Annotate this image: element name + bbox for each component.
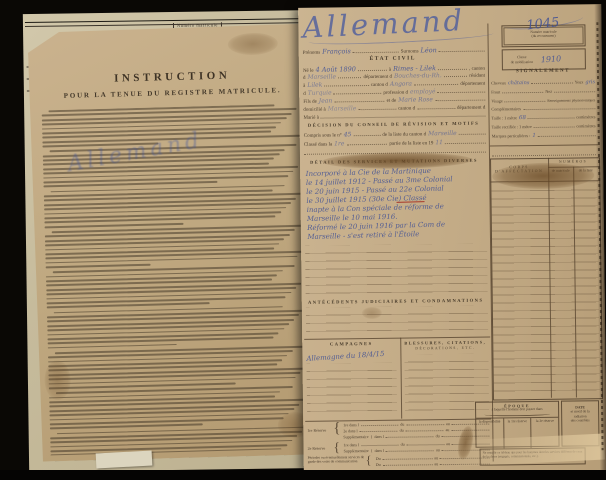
field-label: 1re dans l [343,422,359,427]
field-label: Nez [545,89,552,94]
dotted-fill [386,447,434,451]
radiation-label: des contrôles [562,419,598,424]
field-label: d [303,76,306,81]
dotted-fill [360,428,398,432]
dotted-fill [353,131,380,136]
field-label: Marié à [303,115,318,120]
field-label: Supplémentaire [343,434,368,439]
gvc-label: Périodes ou éventuellement services de g… [308,455,366,465]
classe-value: 1910 [541,54,562,64]
field-value: Marseille [328,105,357,112]
field-label: 2e dans l [343,428,357,433]
field-label: Yeux [575,79,584,84]
dotted-fill [538,132,596,137]
signalement-row: Cheveux châtains Yeux gris [491,79,595,86]
field-label: 1re dans l [343,442,359,447]
field-label: domicilié à [303,108,325,113]
swash-rule [484,412,550,417]
signalement-row: Complémentaires [491,105,595,111]
field-label: du [400,428,404,433]
dotted-fill [358,105,396,110]
dotted-fill [534,124,575,128]
field-label: département [460,82,485,87]
field-label: du [436,433,440,438]
dotted-fill [445,139,486,144]
text-line [46,264,151,269]
field-label: Taille rectifiée : 1 mètre [492,124,532,129]
reserve1-label: 1re Réserve [307,428,326,433]
field-value: employé [410,88,436,95]
field-label: Renseignements physionomiques [547,98,595,103]
surnoms-value: Léon [420,46,436,54]
scanned-register-spread: Numéro matricule INSTRUCTION POUR LA TEN… [0,0,606,480]
dotted-fill [459,130,486,135]
field-label: Front [491,89,500,94]
decision-line: Classé dans la 1re partie de la liste en… [304,139,486,148]
dotted-fill [353,48,399,53]
dotted-fill [417,104,455,109]
signalement-row: Marques particulières : 1 [492,132,596,139]
dotted-fill [338,74,361,79]
campagnes-entry: Allemagne du 18/4/15 [306,350,384,363]
field-label: Compris sous le n° [304,133,342,138]
field-label: de la liste du canton d [382,132,426,138]
signalement-row: Visage Renseignements physionomiques [491,97,595,103]
section-rule [490,144,598,146]
field-label: et de [387,99,397,104]
instruction-title: INSTRUCTION [29,67,316,87]
dotted-fill [528,115,574,120]
field-label: Classé dans la [304,142,332,147]
dotted-fill [407,441,445,445]
field-label: dans l [374,434,384,439]
blessures-subheader: DÉCORATIONS, ETC. [402,346,488,351]
matricule-box-sublabel: (du recrutement) [505,34,583,39]
services-handwriting: Incorporé à la Cie de la Martinique le 1… [306,165,488,242]
dotted-fill [439,47,485,52]
matricule-form-page: Allemand Numéro matricule (du recrutemen… [298,4,606,474]
dotted-fill [386,433,434,437]
scan-black-border [0,470,606,480]
blank-ruled-lines [305,244,488,296]
field-label: profession d [383,91,408,96]
dotted-fill [435,96,485,101]
dotted-fill [334,97,384,102]
dotted-fill [502,89,543,93]
text-line [50,424,203,430]
field-label: Fils de [303,100,317,105]
field-label: Taille : 1 mètre [491,115,516,120]
field-value: Marseille [307,73,336,80]
field-value: Marie Rose [398,96,433,103]
dotted-fill [531,80,572,84]
blank-ruled-lines [307,363,398,418]
signalement-header: SIGNALEMENT [491,68,595,74]
signalement-row: Front Nez [491,88,595,94]
etat-civil-header: ÉTAT CIVIL [299,55,487,63]
field-label: à [303,84,305,89]
field-value: Bouches-du-Rh. [394,72,442,80]
field-label: Du [376,456,381,461]
field-label: du [401,442,405,447]
dotted-fill [383,461,433,465]
blessures-header: BLESSURES, CITATIONS, [402,340,488,346]
field-value: Lilek [307,82,322,89]
classe-mobilisation-box: Classe de mobilisation 1910 [502,48,586,70]
dotted-fill [444,72,467,77]
field-label: d [303,92,306,97]
field-value: châtains [508,80,529,86]
signalement-row: Taille rectifiée : 1 mètre centimètres [492,123,596,129]
field-label: canton d [398,106,415,111]
brace-glyph: { [366,453,372,468]
classe-box-sublabel: de mobilisation [503,59,541,64]
field-value: 1 [532,133,536,139]
dotted-fill [361,442,399,446]
field-label: département d [457,106,486,111]
paper-stain [228,32,279,55]
field-label: canton d [371,83,388,88]
decision-header: DÉCISION DU CONSEIL DE RÉVISION ET MOTIF… [300,121,488,128]
decision-line: Compris sous le n° 45 de la liste du can… [304,130,486,139]
text-line [48,344,177,349]
field-label: résidant [469,74,485,79]
brace-glyph: { [370,434,372,439]
etat-civil-line: Marié à [303,112,485,121]
field-value: Marseille [428,130,457,137]
dotted-fill [437,88,485,93]
dotted-fill [324,82,368,87]
field-label: au [434,461,438,466]
brace-glyph: { [333,439,339,455]
field-label: au [446,427,450,432]
field-value: Angora [390,80,412,87]
dotted-fill [438,65,467,70]
field-label: au [434,455,438,460]
field-value: Jean [319,97,332,104]
field-label: Cheveux [491,80,506,85]
field-value: 1re [334,140,344,147]
field-label: du [400,422,404,427]
instruction-sheet: INSTRUCTION POUR LA TENUE DU REGISTRE MA… [27,23,325,461]
field-label: centimètres [576,114,595,119]
dotted-fill [383,455,433,459]
dotted-fill [523,105,595,110]
dotted-fill [406,427,444,431]
dotted-fill [321,112,486,119]
field-label: au [446,421,450,426]
prenoms-label: Prénoms [303,51,321,56]
field-label: dans l [375,448,385,453]
text-line [45,223,184,228]
field-label: Complémentaires [491,106,521,111]
field-label: Du [376,462,381,467]
dotted-fill [358,66,387,71]
dotted-fill [361,422,399,426]
brace-glyph: { [333,420,340,437]
signalement-row: Taille : 1 mètre 68 centimètres [491,114,595,121]
field-label: au [436,447,440,452]
field-value: 68 [519,115,526,121]
prenoms-value: François [322,47,351,55]
table-ruled-rows [491,182,600,397]
field-label: Marques particulières : [492,133,531,138]
field-label: département d [363,75,392,80]
surnoms-label: Surnoms [401,49,419,54]
field-value: 11 [435,139,443,146]
campagnes-header: CAMPAGNES [304,341,398,347]
field-value: gris [585,79,595,85]
dotted-fill [414,80,458,85]
reserve2-label: 2e Réserve [308,446,326,451]
dotted-fill [406,421,444,425]
field-value: Turquie [308,89,332,96]
blank-ruled-lines [306,306,488,336]
antecedents-header: ANTÉCÉDENTS JUDICIAIRES ET CONDAMNATIONS [302,298,490,305]
dotted-fill [554,88,595,92]
blank-dotted-line [492,150,596,156]
instruction-subtitle: POUR LA TENUE DU REGISTRE MATRICULE. [29,85,316,101]
dotted-fill [334,89,382,94]
field-label: partie de la liste en 19 [389,141,433,147]
dotted-fill [492,150,596,156]
under-page-corner [96,451,153,469]
field-value: 45 [344,131,352,138]
dotted-fill [505,98,546,102]
dotted-fill [346,140,387,145]
field-label: au [446,441,450,446]
field-label: centimètres [576,123,595,128]
epoque-title: ÉPOQUE [476,403,558,409]
field-label: Visage [491,98,502,103]
gvc-label-line2: garde des voies de communication [308,460,366,465]
